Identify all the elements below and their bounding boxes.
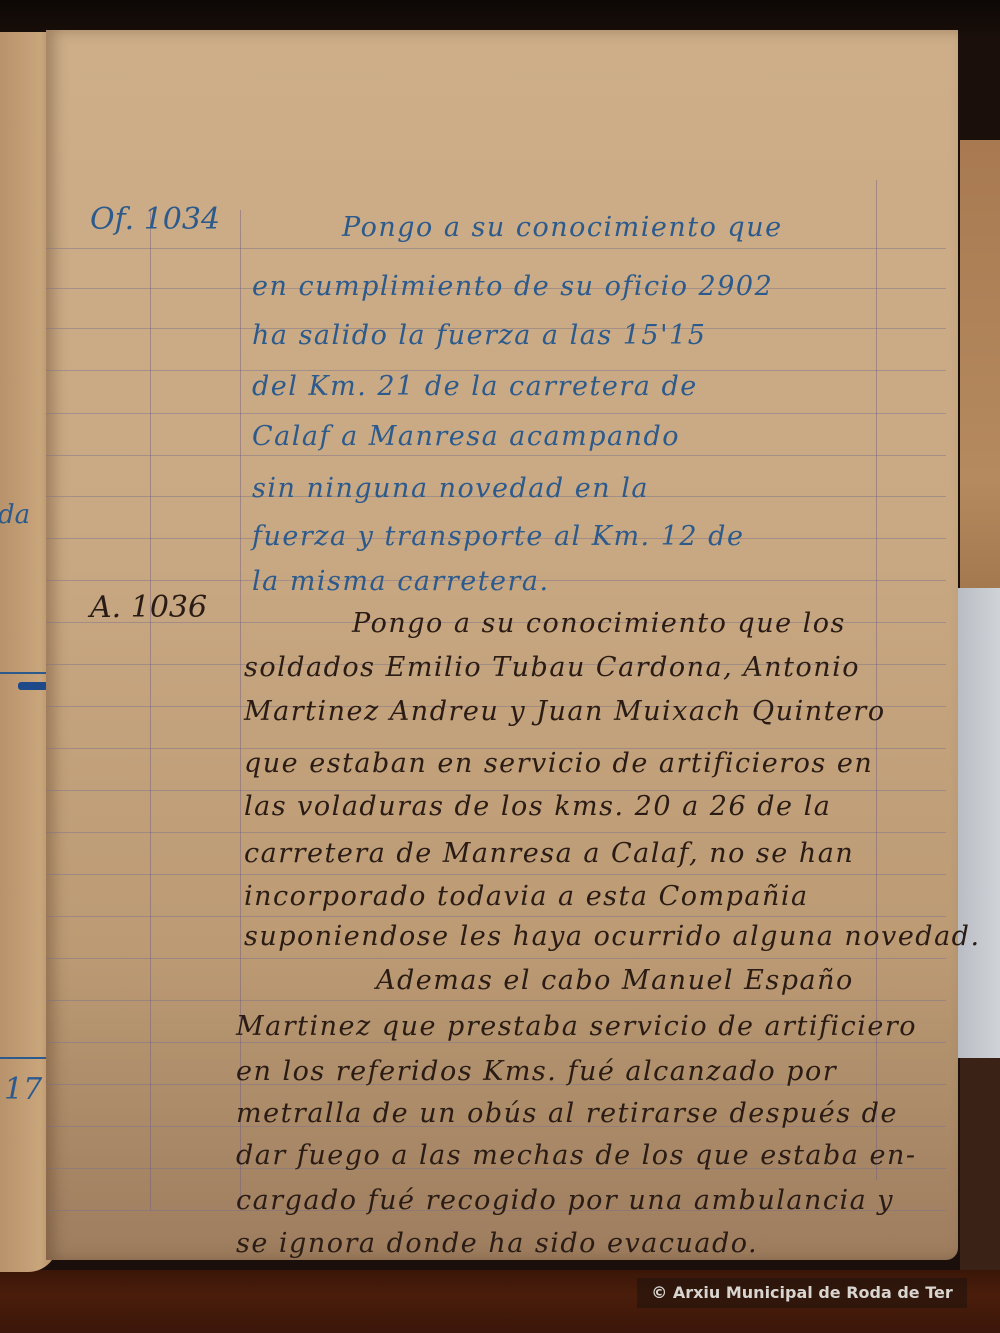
document-page: Of. 1034 Pongo a su conocimiento que en … xyxy=(46,30,958,1260)
entry-1-line-5: Calaf a Manresa acampando xyxy=(252,423,680,450)
entry-2-line-2: soldados Emilio Tubau Cardona, Antonio xyxy=(244,654,860,681)
entry-2-line-12: metralla de un obús al retirarse después… xyxy=(236,1100,898,1127)
entry-1-line-4: del Km. 21 de la carretera de xyxy=(252,373,698,400)
entry-reference: A. 1036 xyxy=(90,590,207,625)
entry-1-line-7: fuerza y transporte al Km. 12 de xyxy=(252,523,744,550)
entry-1-line-3: ha salido la fuerza a las 15'15 xyxy=(252,322,706,349)
entry-2-line-13: dar fuego a las mechas de los que estaba… xyxy=(236,1142,916,1169)
entry-2-line-10: Martinez que prestaba servicio de artifi… xyxy=(236,1013,917,1040)
entry-2-line-4: que estaban en servicio de artificieros … xyxy=(244,750,873,777)
entry-reference: Of. 1034 xyxy=(90,202,220,237)
entry-2-line-14: cargado fué recogido por una ambulancia … xyxy=(236,1187,894,1214)
entry-1-line-1: Pongo a su conocimiento que xyxy=(342,214,783,241)
copyright-watermark: © Arxiu Municipal de Roda de Ter xyxy=(637,1278,967,1308)
entry-2-line-7: incorporado todavia a esta Compañia xyxy=(244,883,809,910)
entry-1-line-8: la misma carretera. xyxy=(252,568,550,595)
left-page-ink-blot xyxy=(18,682,48,690)
white-box-background xyxy=(955,588,1000,1058)
entry-2-line-9: Ademas el cabo Manuel Españo xyxy=(376,967,854,994)
entry-2-line-5: las voladuras de los kms. 20 a 26 de la xyxy=(244,793,831,820)
entry-2-line-8: suponiendose les haya ocurrido alguna no… xyxy=(244,923,981,950)
entry-2-line-1: Pongo a su conocimiento que los xyxy=(352,610,846,637)
entry-2-line-3: Martinez Andreu y Juan Muixach Quintero xyxy=(244,698,886,725)
entry-2-line-6: carretera de Manresa a Calaf, no se han xyxy=(244,840,854,867)
entry-1-line-6: sin ninguna novedad en la xyxy=(252,475,649,502)
entry-2-line-15: se ignora donde ha sido evacuado. xyxy=(236,1230,758,1257)
entry-1-line-2: en cumplimiento de su oficio 2902 xyxy=(252,273,773,300)
left-page-fragment: da xyxy=(0,500,30,530)
entry-2-line-11: en los referidos Kms. fué alcanzado por xyxy=(236,1058,837,1085)
